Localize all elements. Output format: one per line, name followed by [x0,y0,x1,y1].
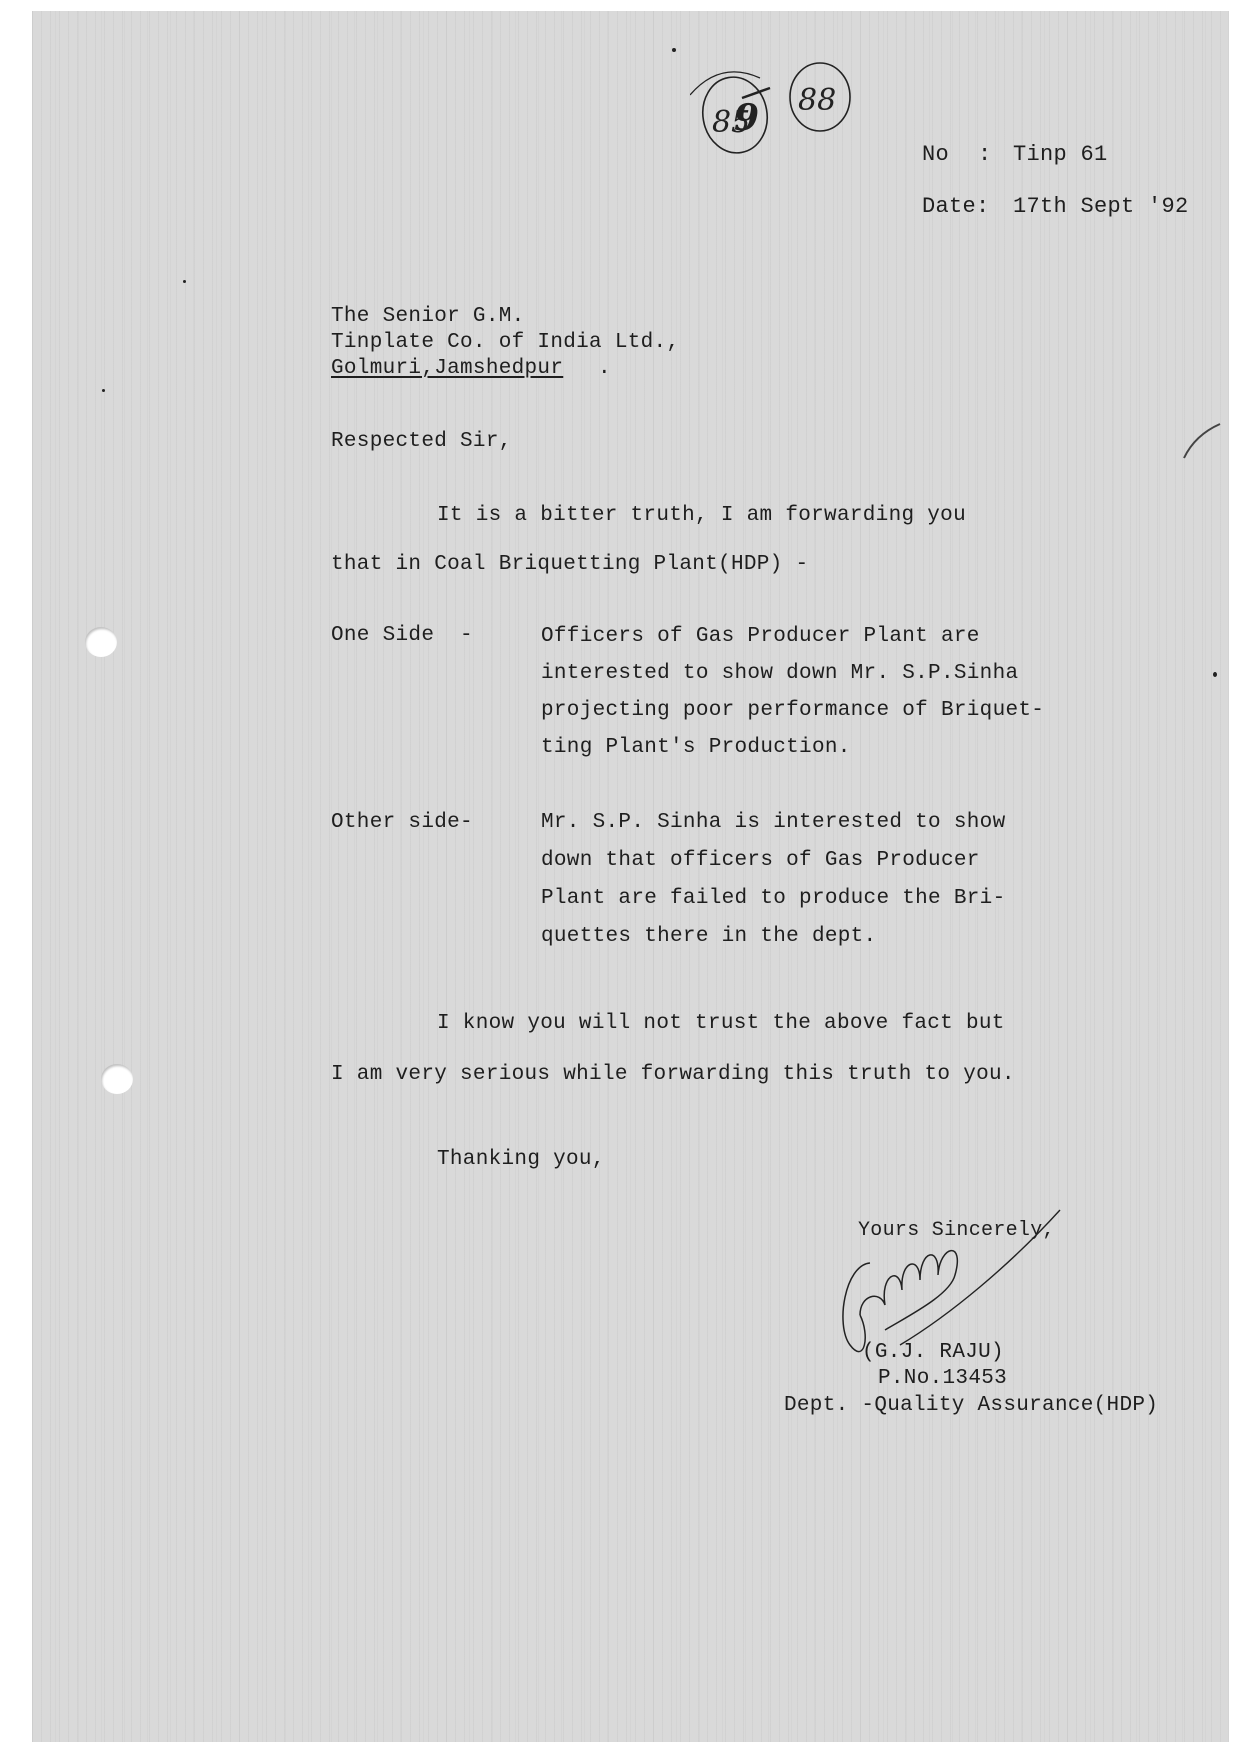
ref-no-label: No [922,144,949,166]
punch-hole [101,1064,133,1094]
date-label: Date: [922,196,990,218]
side-text-line: down that officers of Gas Producer [541,850,980,871]
salutation: Respected Sir, [331,431,512,452]
side-text-line: Plant are failed to produce the Bri- [541,888,1005,909]
body-closing-line: I am very serious while forwarding this … [331,1064,1015,1085]
addressee-line: Tinplate Co. of India Ltd., [331,332,679,353]
personnel-number: P.No.13453 [878,1368,1007,1389]
speck [1213,672,1217,677]
speck [672,48,676,52]
overwritten-digit: 9 [734,97,759,139]
addressee-line: The Senior G.M. [331,306,525,327]
thanks-line: Thanking you, [437,1149,605,1170]
side-text-line: Mr. S.P. Sinha is interested to show [541,812,1005,833]
circled-page-number: 88 [798,83,836,118]
side-text-line: projecting poor performance of Briquet- [541,700,1044,721]
department: Dept. -Quality Assurance(HDP) [784,1395,1158,1416]
side-text-line: quettes there in the dept. [541,926,876,947]
side-text-line: Officers of Gas Producer Plant are [541,626,980,647]
body-closing-line: I know you will not trust the above fact… [437,1013,1005,1034]
body-intro-line: that in Coal Briquetting Plant(HDP) - [331,554,808,575]
document-page [32,11,1229,1742]
punch-hole [85,627,117,657]
addressee-line-underlined: Golmuri,Jamshedpur [331,358,563,379]
side-text-line: interested to show down Mr. S.P.Sinha [541,663,1018,684]
speck [102,389,105,392]
side-label: One Side - [331,625,473,646]
handwritten-page-number: 85 9 88 [690,50,870,160]
handwritten-signature [840,1205,1070,1365]
addressee-line-end: . [598,358,611,379]
margin-mark [1170,420,1230,480]
speck [183,280,186,283]
side-text-line: ting Plant's Production. [541,737,851,758]
side-label: Other side- [331,812,473,833]
ref-no-separator: : [978,144,992,166]
ref-no-value: Tinp 61 [1013,144,1108,166]
body-intro-line: It is a bitter truth, I am forwarding yo… [437,505,966,526]
date-value: 17th Sept '92 [1013,196,1189,218]
